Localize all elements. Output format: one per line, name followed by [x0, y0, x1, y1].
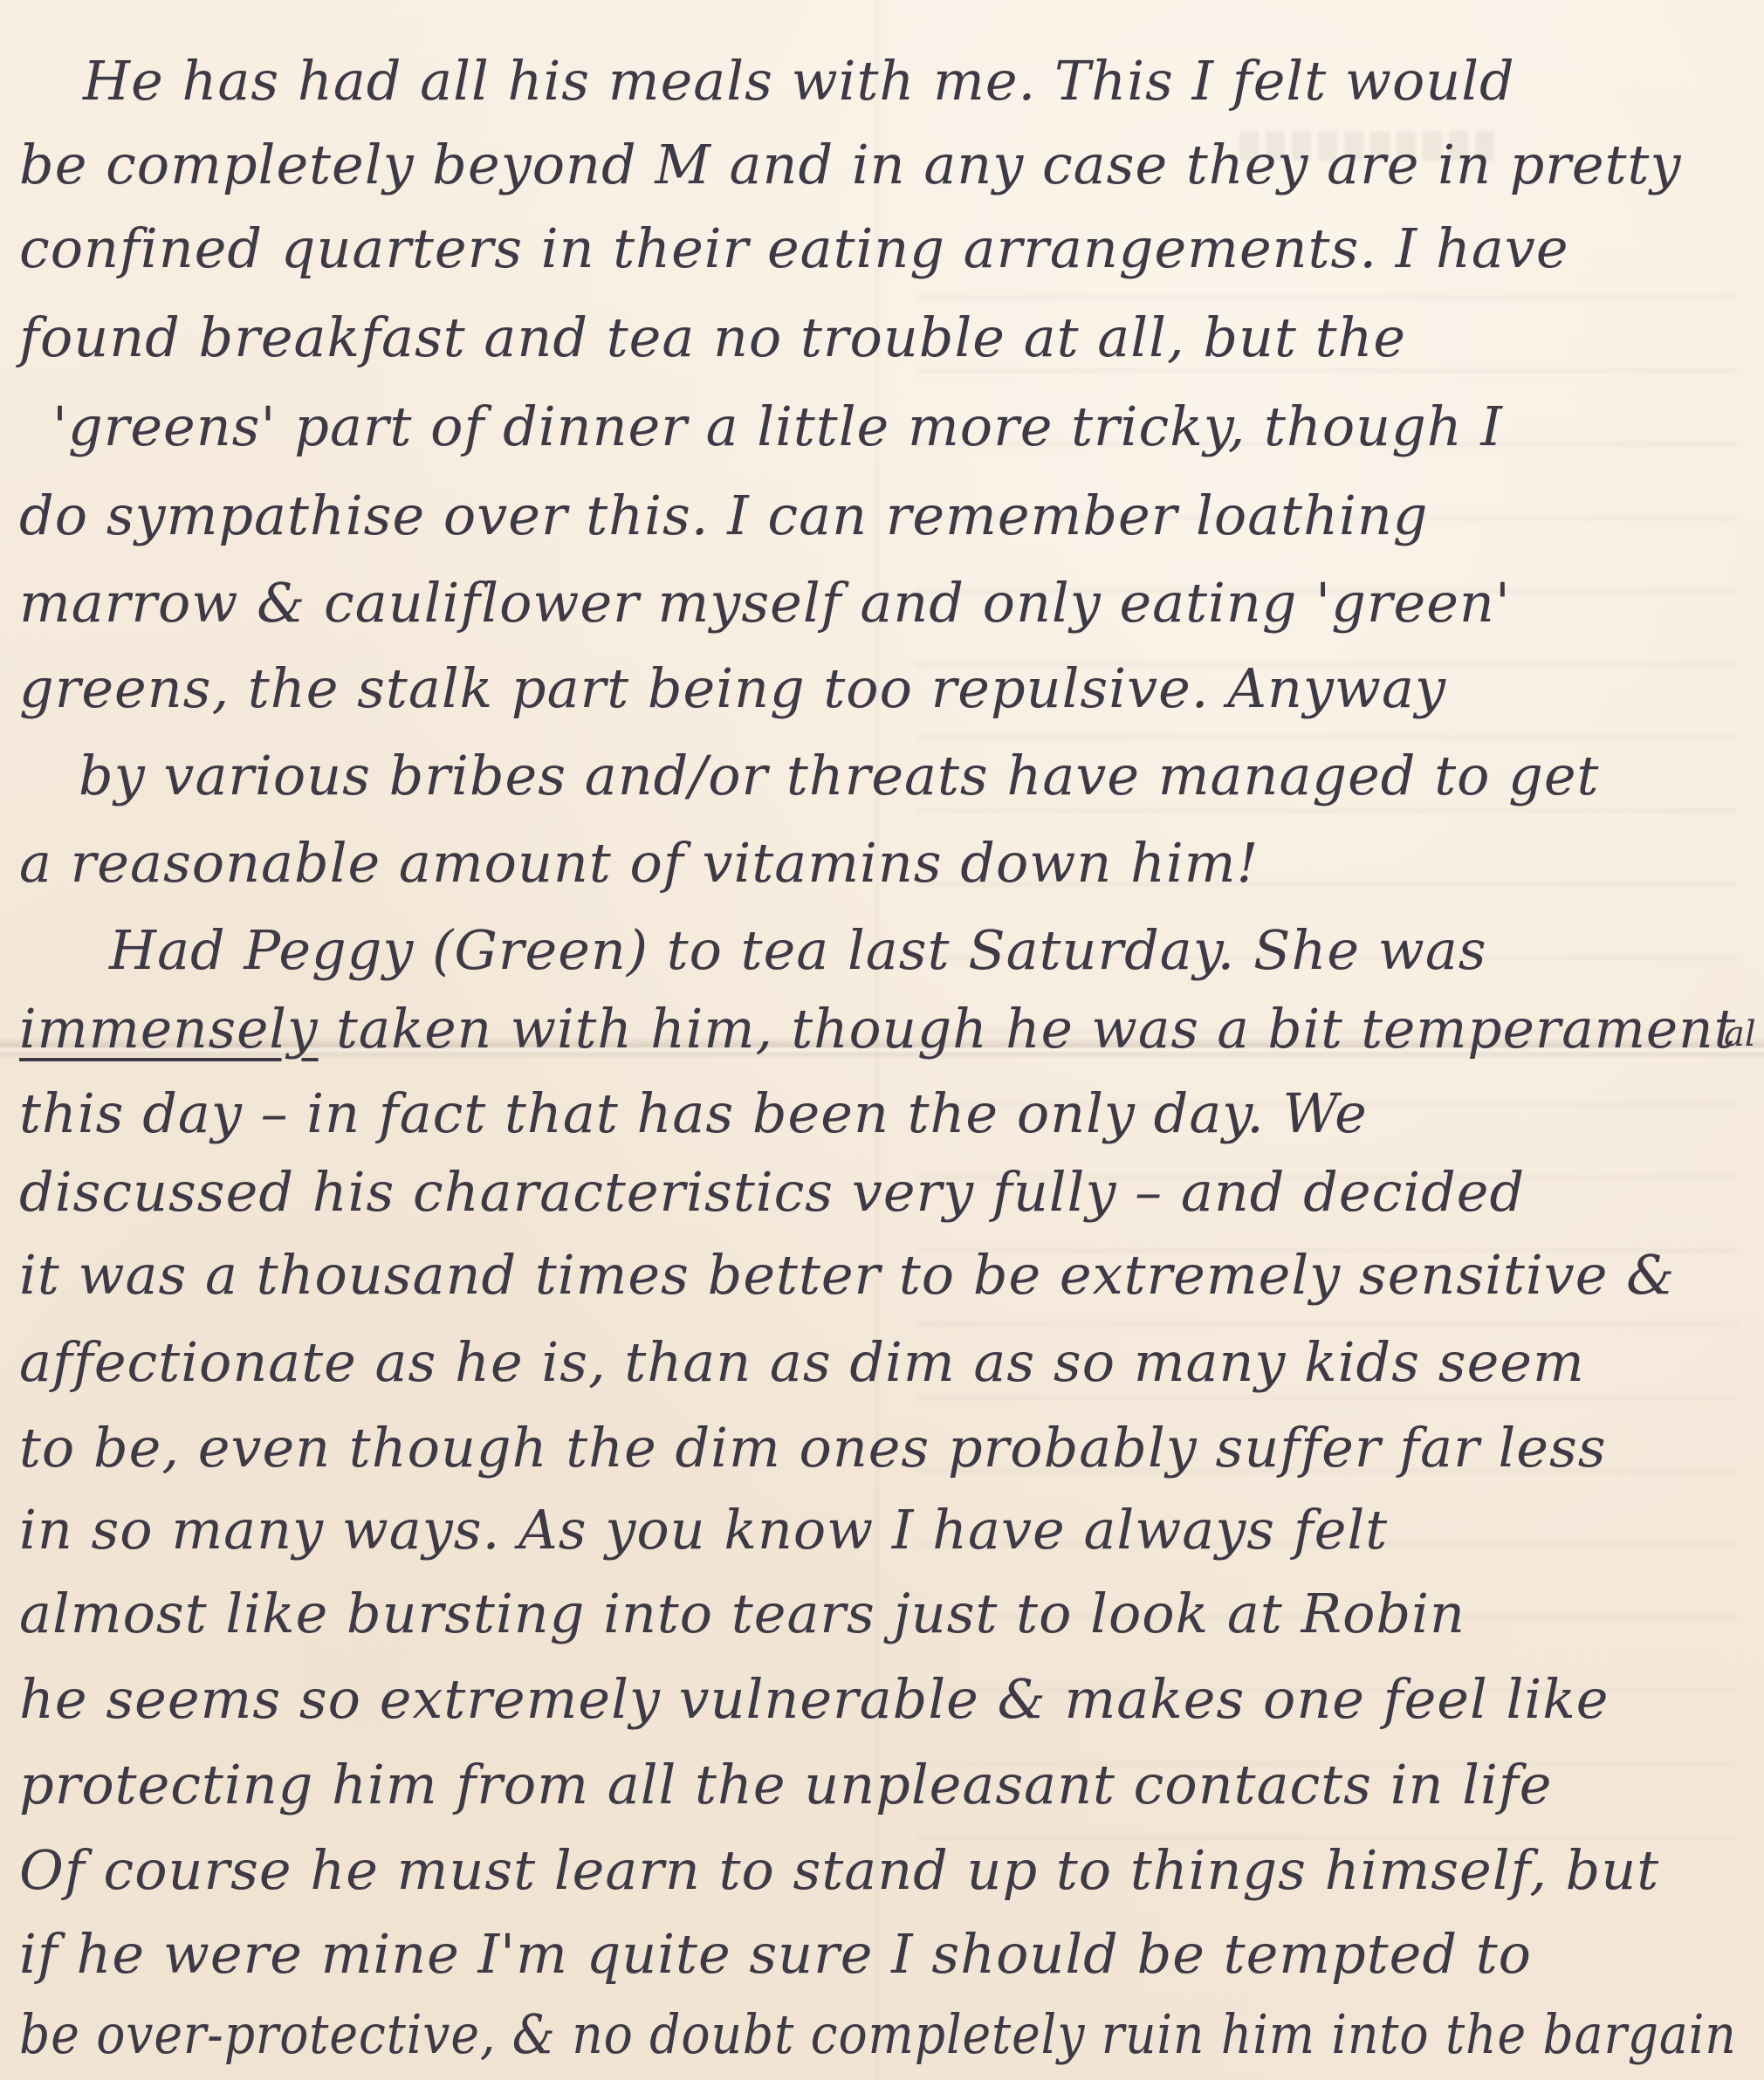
letter-line-13: this day – in fact that has been the onl…	[19, 1087, 1368, 1141]
letter-page: He has had all his meals with me. This I…	[0, 0, 1764, 2080]
letter-line-4: found breakfast and tea no trouble at al…	[19, 311, 1406, 365]
letter-line-18: in so many ways. As you know I have alwa…	[19, 1503, 1388, 1557]
letter-line-12-text: taken with him, though he was a bit temp…	[336, 997, 1736, 1061]
letter-line-6: do sympathise over this. I can remember …	[19, 489, 1428, 543]
letter-body: He has had all his meals with me. This I…	[0, 0, 1764, 2080]
letter-line-14: discussed his characteristics very fully…	[19, 1165, 1525, 1219]
letter-line-3: confined quarters in their eating arrang…	[19, 222, 1569, 276]
letter-line-20: he seems so extremely vulnerable & makes…	[19, 1672, 1609, 1726]
margin-insertion: al	[1724, 1017, 1756, 1052]
letter-line-5: 'greens' part of dinner a little more tr…	[52, 400, 1503, 454]
letter-line-1: He has had all his meals with me. This I…	[83, 54, 1654, 108]
letter-line-23: if he were mine I'm quite sure I should …	[19, 1927, 1532, 1981]
letter-line-7: marrow & cauliflower myself and only eat…	[19, 576, 1511, 630]
letter-line-16: affectionate as he is, than as dim as so…	[19, 1335, 1585, 1390]
letter-line-8: greens, the stalk part being too repulsi…	[19, 662, 1446, 716]
underlined-word: immensely	[19, 997, 319, 1061]
letter-line-9: by various bribes and/or threats have ma…	[79, 749, 1599, 803]
letter-line-15: it was a thousand times better to be ext…	[19, 1248, 1675, 1302]
letter-line-22: Of course he must learn to stand up to t…	[19, 1843, 1659, 1898]
letter-line-19: almost like bursting into tears just to …	[19, 1587, 1465, 1641]
letter-line-17: to be, even though the dim ones probably…	[19, 1421, 1607, 1475]
letter-line-2: be completely beyond M and in any case t…	[19, 138, 1681, 192]
letter-line-24: be over-protective, & no doubt completel…	[19, 2008, 1737, 2062]
letter-line-11: Had Peggy (Green) to tea last Saturday. …	[109, 923, 1487, 978]
letter-line-21: protecting him from all the unpleasant c…	[19, 1758, 1552, 1812]
letter-line-12: immensely taken with him, though he was …	[19, 1002, 1736, 1056]
letter-line-10: a reasonable amount of vitamins down him…	[19, 836, 1259, 890]
